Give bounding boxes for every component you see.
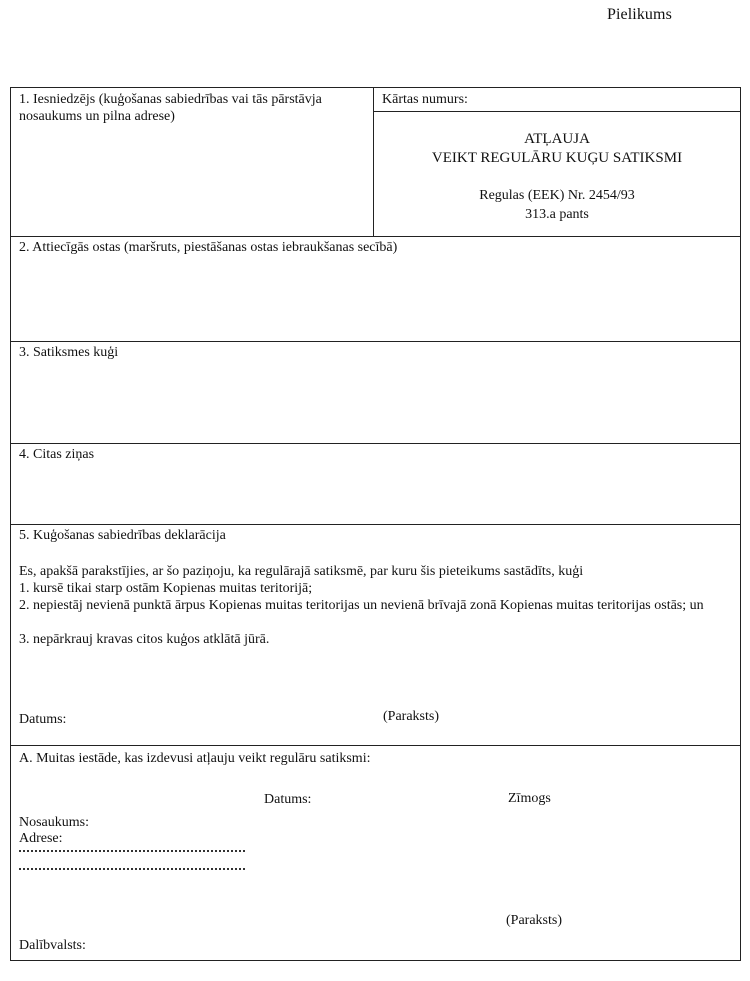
- member-state-label: Dalībvalsts:: [19, 937, 86, 954]
- customs-office-label: A. Muitas iestāde, kas izdevusi atļauju …: [19, 750, 370, 767]
- serial-number-label: Kārtas numurs:: [382, 91, 468, 108]
- row-other-info[interactable]: 4. Citas ziņas: [11, 443, 740, 524]
- appendix-label: Pielikums: [607, 6, 672, 24]
- applicant-cell[interactable]: 1. Iesniedzējs (kuģošanas sabiedrības va…: [11, 88, 374, 236]
- customs-name-label: Nosaukums:: [19, 814, 89, 831]
- customs-signature-label: (Paraksts): [506, 912, 562, 929]
- permit-title: ATĻAUJA VEIKT REGULĀRU KUĢU SATIKSMI: [374, 130, 740, 168]
- permit-title-line2: VEIKT REGULĀRU KUĢU SATIKSMI: [374, 149, 740, 168]
- declaration-item-1: 1. kursē tikai starp ostām Kopienas muit…: [19, 580, 732, 597]
- declaration-signature-label: (Paraksts): [383, 708, 439, 725]
- address-line-2[interactable]: [19, 866, 245, 870]
- row-vessels[interactable]: 3. Satiksmes kuģi: [11, 341, 740, 443]
- declaration-item-3: 3. nepārkrauj kravas citos kuģos atklātā…: [19, 631, 732, 648]
- customs-date-label: Datums:: [264, 791, 311, 808]
- declaration-item-2: 2. nepiestāj nevienā punktā ārpus Kopien…: [19, 597, 732, 614]
- regulation-article: 313.a pants: [374, 205, 740, 224]
- customs-stamp-label: Zīmogs: [508, 790, 551, 807]
- permit-title-line1: ATĻAUJA: [374, 130, 740, 149]
- regulation-reference: Regulas (EEK) Nr. 2454/93 313.a pants: [374, 186, 740, 224]
- regulation-number: Regulas (EEK) Nr. 2454/93: [374, 186, 740, 205]
- serial-number-cell[interactable]: Kārtas numurs:: [374, 88, 740, 112]
- vessels-label: 3. Satiksmes kuģi: [19, 344, 118, 361]
- declaration-date-label: Datums:: [19, 711, 66, 728]
- row-ports[interactable]: 2. Attiecīgās ostas (maršruts, piestāšan…: [11, 236, 740, 341]
- permit-cell: Kārtas numurs: ATĻAUJA VEIKT REGULĀRU KU…: [374, 88, 740, 236]
- customs-address-label: Adrese:: [19, 830, 63, 847]
- declaration-intro: Es, apakšā parakstījies, ar šo paziņoju,…: [19, 563, 732, 580]
- row-customs-office: A. Muitas iestāde, kas izdevusi atļauju …: [11, 745, 740, 962]
- row-declaration: 5. Kuģošanas sabiedrības deklarācija Es,…: [11, 524, 740, 745]
- other-info-label: 4. Citas ziņas: [19, 446, 94, 463]
- applicant-label: 1. Iesniedzējs (kuģošanas sabiedrības va…: [19, 91, 365, 125]
- address-line-1[interactable]: [19, 848, 245, 852]
- ports-label: 2. Attiecīgās ostas (maršruts, piestāšan…: [19, 239, 397, 256]
- declaration-label: 5. Kuģošanas sabiedrības deklarācija: [19, 527, 226, 544]
- row-applicant-permit: 1. Iesniedzējs (kuģošanas sabiedrības va…: [11, 88, 740, 236]
- permit-form: 1. Iesniedzējs (kuģošanas sabiedrības va…: [10, 87, 741, 961]
